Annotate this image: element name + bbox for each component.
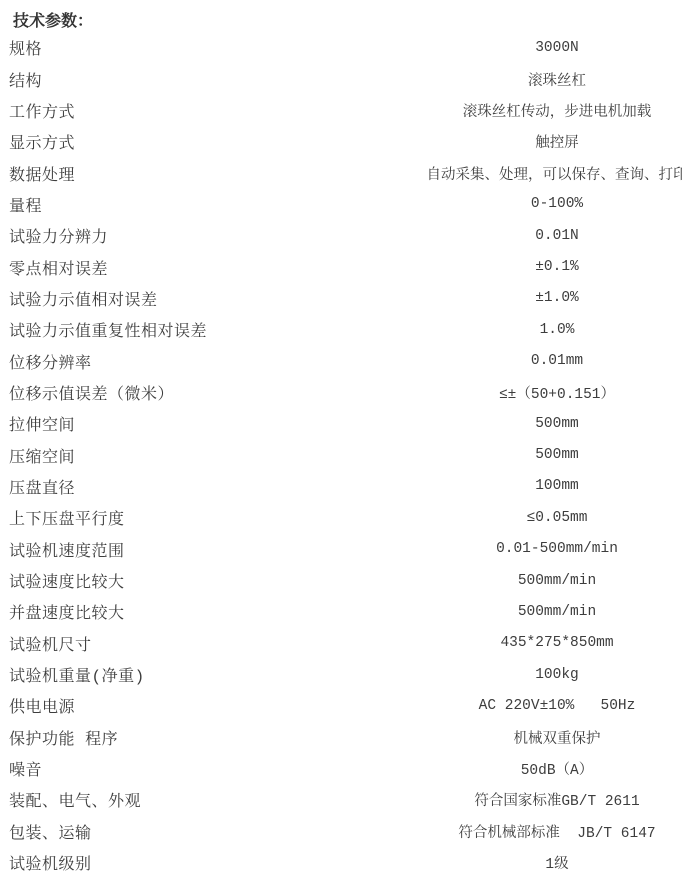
spec-value-box: 3000N	[437, 40, 677, 56]
spec-row: 规格3000N	[0, 32, 682, 63]
spec-value-box: 435*275*850mm	[437, 635, 677, 651]
spec-row: 试验机重量(净重)100kg	[0, 659, 682, 690]
spec-row: 数据处理自动采集、处理，可以保存、查询、打印	[0, 157, 682, 188]
spec-value-box: 1级	[437, 852, 677, 873]
spec-value: 滚珠丝杠	[528, 69, 586, 90]
spec-row: 工作方式滚珠丝杠传动，步进电机加载	[0, 95, 682, 126]
spec-value-box: 500mm	[437, 416, 677, 432]
spec-row: 并盘速度比较大500mm/min	[0, 596, 682, 627]
spec-label: 显示方式	[9, 130, 75, 153]
spec-value: 0-100%	[531, 196, 583, 212]
spec-label: 装配、电气、外观	[9, 788, 141, 811]
spec-value-box: ±1.0%	[437, 290, 677, 306]
spec-value: AC 220V±10% 50Hz	[479, 698, 636, 714]
spec-value: ±1.0%	[535, 290, 579, 306]
spec-row: 试验机尺寸435*275*850mm	[0, 628, 682, 659]
spec-value-box: 触控屏	[437, 131, 677, 152]
spec-row: 位移分辨率0.01mm	[0, 345, 682, 376]
spec-value-box: 500mm/min	[437, 573, 677, 589]
spec-row: 保护功能 程序机械双重保护	[0, 722, 682, 753]
spec-value-box: ≤0.05mm	[437, 510, 677, 526]
spec-label: 试验机级别	[9, 851, 92, 874]
spec-value-box: 0-100%	[437, 196, 677, 212]
spec-label: 试验机速度范围	[9, 538, 125, 561]
spec-label: 位移示值误差（微米）	[9, 381, 174, 404]
spec-label: 工作方式	[9, 99, 75, 122]
spec-value-box: AC 220V±10% 50Hz	[437, 698, 677, 714]
spec-label: 规格	[9, 36, 42, 59]
spec-row: 零点相对误差±0.1%	[0, 251, 682, 282]
spec-row: 压缩空间500mm	[0, 439, 682, 470]
spec-value: 符合机械部标准 JB/T 6147	[458, 821, 655, 842]
spec-label: 试验机尺寸	[9, 632, 92, 655]
spec-label: 量程	[9, 193, 42, 216]
spec-label: 压缩空间	[9, 444, 75, 467]
spec-row: 试验机速度范围0.01-500mm/min	[0, 534, 682, 565]
spec-value-box: 100kg	[437, 667, 677, 683]
spec-row: 试验机级别1级	[0, 847, 682, 878]
spec-value: 机械双重保护	[514, 727, 601, 748]
spec-value-box: 符合国家标准GB/T 2611	[437, 789, 677, 810]
spec-value: 1.0%	[540, 322, 575, 338]
spec-row: 试验力分辨力0.01N	[0, 220, 682, 251]
spec-value: 100kg	[535, 667, 579, 683]
spec-value: 0.01-500mm/min	[496, 541, 618, 557]
spec-value: 100mm	[535, 478, 579, 494]
spec-row: 试验力示值重复性相对误差1.0%	[0, 314, 682, 345]
spec-row: 包装、运输符合机械部标准 JB/T 6147	[0, 816, 682, 847]
spec-value: 500mm/min	[518, 573, 596, 589]
spec-value-box: 0.01mm	[437, 353, 677, 369]
spec-value: 500mm	[535, 447, 579, 463]
spec-label: 试验机重量(净重)	[9, 663, 145, 686]
spec-label: 试验力分辨力	[9, 224, 108, 247]
spec-value-box: 0.01-500mm/min	[437, 541, 677, 557]
spec-label: 保护功能 程序	[9, 726, 118, 749]
spec-sheet: 技术参数： 规格3000N结构滚珠丝杠工作方式滚珠丝杠传动，步进电机加载显示方式…	[0, 0, 682, 879]
spec-value-box: 500mm/min	[437, 604, 677, 620]
spec-value: 0.01mm	[531, 353, 583, 369]
spec-row: 装配、电气、外观符合国家标准GB/T 2611	[0, 784, 682, 815]
spec-label: 试验速度比较大	[9, 569, 125, 592]
spec-value-box: 50dB（A）	[437, 758, 677, 779]
spec-value: 50dB（A）	[521, 758, 594, 779]
spec-value: 0.01N	[535, 228, 579, 244]
spec-value-box: 0.01N	[437, 228, 677, 244]
spec-row: 压盘直径100mm	[0, 471, 682, 502]
spec-table: 规格3000N结构滚珠丝杠工作方式滚珠丝杠传动，步进电机加载显示方式触控屏数据处…	[0, 32, 682, 878]
spec-value-box: 500mm	[437, 447, 677, 463]
spec-value: ±0.1%	[535, 259, 579, 275]
spec-label: 并盘速度比较大	[9, 600, 125, 623]
spec-label: 结构	[9, 68, 42, 91]
spec-row: 试验速度比较大500mm/min	[0, 565, 682, 596]
spec-value: 触控屏	[535, 131, 579, 152]
spec-value: 435*275*850mm	[500, 635, 613, 651]
spec-label: 位移分辨率	[9, 350, 92, 373]
spec-value-box: 1.0%	[437, 322, 677, 338]
spec-label: 零点相对误差	[9, 256, 108, 279]
spec-value-box: 机械双重保护	[437, 727, 677, 748]
spec-value: ≤0.05mm	[527, 510, 588, 526]
spec-label: 上下压盘平行度	[9, 506, 125, 529]
spec-label: 噪音	[9, 757, 42, 780]
spec-label: 数据处理	[9, 162, 75, 185]
spec-value: 滚珠丝杠传动，步进电机加载	[463, 100, 652, 121]
spec-row: 拉伸空间500mm	[0, 408, 682, 439]
spec-row: 供电电源AC 220V±10% 50Hz	[0, 690, 682, 721]
spec-value: 3000N	[535, 40, 579, 56]
spec-value: 1级	[545, 852, 568, 873]
spec-value: 500mm/min	[518, 604, 596, 620]
spec-row: 量程0-100%	[0, 189, 682, 220]
spec-label: 试验力示值重复性相对误差	[9, 318, 207, 341]
spec-value: 自动采集、处理，可以保存、查询、打印	[427, 163, 682, 184]
spec-row: 噪音50dB（A）	[0, 753, 682, 784]
section-title: 技术参数：	[0, 0, 682, 32]
spec-value: 500mm	[535, 416, 579, 432]
spec-row: 上下压盘平行度≤0.05mm	[0, 502, 682, 533]
spec-label: 拉伸空间	[9, 412, 75, 435]
spec-value-box: 100mm	[437, 478, 677, 494]
spec-value: ≤±（50+0.151）	[499, 382, 615, 403]
spec-label: 试验力示值相对误差	[9, 287, 158, 310]
spec-value-box: 自动采集、处理，可以保存、查询、打印	[437, 163, 677, 184]
spec-value-box: 符合机械部标准 JB/T 6147	[437, 821, 677, 842]
spec-value-box: ±0.1%	[437, 259, 677, 275]
spec-label: 供电电源	[9, 694, 75, 717]
spec-value-box: ≤±（50+0.151）	[437, 382, 677, 403]
spec-label: 包装、运输	[9, 820, 92, 843]
spec-row: 结构滚珠丝杠	[0, 63, 682, 94]
spec-row: 显示方式触控屏	[0, 126, 682, 157]
spec-value-box: 滚珠丝杠	[437, 69, 677, 90]
spec-value: 符合国家标准GB/T 2611	[474, 789, 639, 810]
spec-value-box: 滚珠丝杠传动，步进电机加载	[437, 100, 677, 121]
spec-label: 压盘直径	[9, 475, 75, 498]
spec-row: 位移示值误差（微米）≤±（50+0.151）	[0, 377, 682, 408]
spec-row: 试验力示值相对误差±1.0%	[0, 283, 682, 314]
